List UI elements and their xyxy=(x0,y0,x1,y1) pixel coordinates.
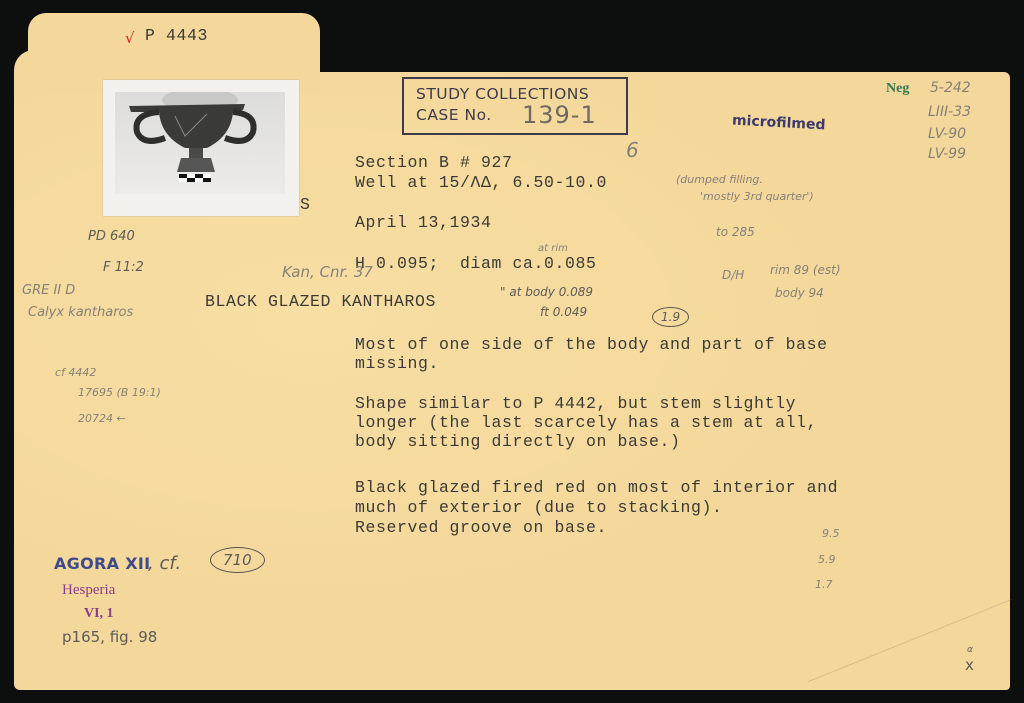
cross-reference: 20724 ← xyxy=(78,412,126,425)
measurement-note: 5.9 xyxy=(818,553,836,566)
deposit-note: (dumped filling. xyxy=(676,173,763,186)
description-line: Reserved groove on base. xyxy=(355,518,607,538)
description-line: missing. xyxy=(355,354,439,374)
dimensions: H 0.095; diam ca.0.085 xyxy=(355,254,597,274)
description-line: much of exterior (due to stacking). xyxy=(355,498,723,518)
description-line: body sitting directly on base.) xyxy=(355,432,681,452)
find-date: April 13,1934 xyxy=(355,213,492,233)
photo-trailing-letter: S xyxy=(300,195,311,215)
margin-mark: 6 xyxy=(626,138,639,162)
cross-reference: 17695 (B 19:1) xyxy=(78,386,161,399)
catalog-number: P 4443 xyxy=(145,26,208,46)
deposit-note: 'mostly 3rd quarter') xyxy=(700,190,814,203)
hesperia-volume: VI, 1 xyxy=(84,606,114,622)
measurement-note: 1.7 xyxy=(815,578,833,591)
check-mark-icon: √ xyxy=(125,29,135,47)
neg-number: 5-242 xyxy=(930,80,971,96)
page-figure: p165, fig. 98 xyxy=(62,628,157,646)
hesperia-reference: Hesperia xyxy=(62,582,115,599)
description-line: Most of one side of the body and part of… xyxy=(355,335,828,355)
description-line: Shape similar to P 4442, but stem slight… xyxy=(355,394,796,414)
corner-alpha-mark: α xyxy=(967,645,973,655)
photo-image xyxy=(115,92,285,194)
neg-number: LIII-33 xyxy=(928,104,971,120)
neg-label: Neg xyxy=(886,81,909,97)
pd-number: PD 640 xyxy=(88,229,135,244)
cross-reference: cf 4442 xyxy=(55,366,96,379)
dh-label: D/H xyxy=(722,268,744,282)
grid-reference: F 11:2 xyxy=(103,260,144,275)
cf-label: , cf. xyxy=(148,553,181,574)
body-diameter-note: " at body 0.089 xyxy=(500,285,593,299)
corner-x-mark: x xyxy=(965,656,974,674)
object-photo xyxy=(103,80,299,216)
kantharos-icon xyxy=(115,92,285,194)
stamp-line-2: CASE No. xyxy=(416,106,492,124)
rim-ratio: rim 89 (est) xyxy=(770,263,841,277)
object-title: BLACK GLAZED KANTHAROS xyxy=(205,292,436,312)
agora-number: 710 xyxy=(210,551,265,569)
agora-reference: AGORA XII xyxy=(54,554,150,573)
shape-classification: Calyx kantharos xyxy=(28,305,133,320)
card-tab-notch xyxy=(320,20,350,72)
description-line: longer (the last scarcely has a stem at … xyxy=(355,413,817,433)
neg-number: LV-90 xyxy=(928,126,966,142)
deposit-range: to 285 xyxy=(716,225,755,239)
measurement-note: 9.5 xyxy=(822,527,840,540)
case-number: 139-1 xyxy=(522,101,597,129)
description-line: Black glazed fired red on most of interi… xyxy=(355,478,838,498)
neg-number: LV-99 xyxy=(928,146,966,162)
foot-diameter-note: ft 0.049 xyxy=(540,305,587,319)
kan-reference: Kan, Cnr. 37 xyxy=(282,263,373,281)
ratio-circled: 1.9 xyxy=(652,310,689,324)
gre-classification: GRE II D xyxy=(22,283,75,298)
find-location: Well at 15/ΛΔ, 6.50-10.0 xyxy=(355,173,607,193)
body-ratio: body 94 xyxy=(775,286,824,300)
study-collections-stamp: STUDY COLLECTIONS CASE No. 139-1 xyxy=(402,77,628,135)
section-number: Section B # 927 xyxy=(355,153,513,173)
rim-note: at rim xyxy=(538,243,568,254)
